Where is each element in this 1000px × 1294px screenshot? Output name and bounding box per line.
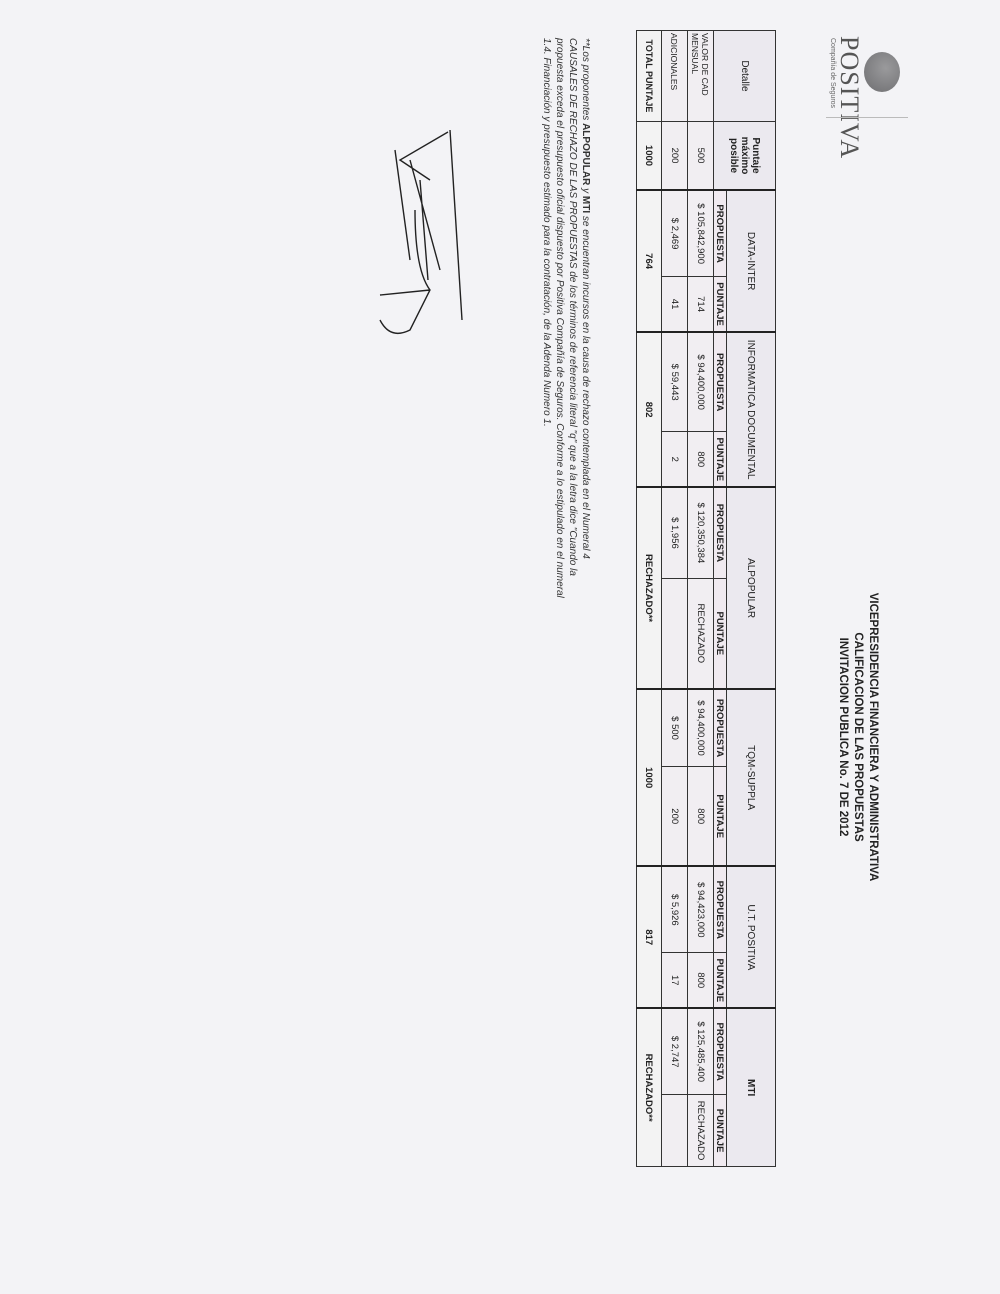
footnote-prefix: **Los proponentes [580,38,591,123]
cell-propuesta: $ 105,842,900 [688,190,714,276]
cell-puntaje [662,1095,688,1167]
subheader-puntaje: PUNTAJE [714,953,727,1008]
header-bidder: DATA-INTER [727,190,776,332]
subheader-propuesta: PROPUESTA [714,689,727,767]
subheader-propuesta: PROPUESTA [714,332,727,432]
total-value: RECHAZADO** [637,1008,662,1166]
cell-puntaje: 17 [662,953,688,1008]
header-detalle: Detalle [714,31,776,122]
row-max: 200 [662,121,688,190]
table-row: ADICIONALES 200 $ 2,469 41 $ 59,443 2 $ … [662,31,688,1167]
cell-puntaje: 2 [662,432,688,487]
cell-propuesta: $ 94,400,000 [688,332,714,432]
total-value: 802 [637,332,662,487]
header-puntaje-maximo: Puntaje máximo posible [714,121,776,190]
cell-propuesta: $ 1,956 [662,487,688,578]
document-title-block: VICEPRESIDENCIA FINANCIERA Y ADMINISTRAT… [835,0,880,1294]
title-line-1: VICEPRESIDENCIA FINANCIERA Y ADMINISTRAT… [865,0,880,1294]
cell-puntaje: RECHAZADO [688,1095,714,1167]
subheader-propuesta: PROPUESTA [714,487,727,578]
header-bidder: ALPOPULAR [727,487,776,689]
subheader-puntaje: PUNTAJE [714,767,727,867]
total-value: RECHAZADO** [637,487,662,689]
subheader-puntaje: PUNTAJE [714,578,727,689]
title-line-2: CALIFICACION DE LAS PROPUESTAS [850,0,865,1294]
footnote-bidder: MTI [580,196,591,213]
footnote: **Los proponentes ALPOPULAR y MTI se enc… [540,38,592,598]
document-page: POSITIVA Compañía de Seguros VICEPRESIDE… [0,0,1000,1294]
cell-propuesta: $ 2,469 [662,190,688,276]
cell-propuesta: $ 59,443 [662,332,688,432]
header-bidder: MTI [727,1008,776,1166]
total-max: 1000 [637,121,662,190]
subheader-puntaje: PUNTAJE [714,277,727,332]
table-row: VALOR DE CAD MENSUAL 500 $ 105,842,900 7… [688,31,714,1167]
cell-puntaje: 800 [688,953,714,1008]
total-value: 764 [637,190,662,332]
cell-puntaje [662,578,688,689]
cell-propuesta: $ 125,485,400 [688,1008,714,1094]
header-bidder: TQM-SUPPLA [727,689,776,866]
subheader-propuesta: PROPUESTA [714,190,727,276]
cell-puntaje: 41 [662,277,688,332]
cell-propuesta: $ 94,423,000 [688,866,714,952]
subheader-propuesta: PROPUESTA [714,1008,727,1094]
cell-puntaje: 800 [688,767,714,867]
row-detalle: ADICIONALES [662,31,688,122]
total-value: 817 [637,866,662,1008]
cell-puntaje: RECHAZADO [688,578,714,689]
total-row: TOTAL PUNTAJE 1000 764 802 RECHAZADO** 1… [637,31,662,1167]
total-label: TOTAL PUNTAJE [637,31,662,122]
cell-propuesta: $ 500 [662,689,688,767]
subheader-propuesta: PROPUESTA [714,866,727,952]
footnote-bidder: ALPOPULAR [580,123,591,185]
footnote-conj: y [580,185,591,196]
cell-puntaje: 800 [688,432,714,487]
signature-image [370,120,470,360]
cell-propuesta: $ 2,747 [662,1008,688,1094]
cell-propuesta: $ 120,350,384 [688,487,714,578]
header-bidder: INFORMATICA DOCUMENTAL [727,332,776,487]
subheader-puntaje: PUNTAJE [714,432,727,487]
row-max: 500 [688,121,714,190]
scoring-table: Detalle Puntaje máximo posible DATA-INTE… [636,30,776,1167]
row-detalle: VALOR DE CAD MENSUAL [688,31,714,122]
total-value: 1000 [637,689,662,866]
cell-propuesta: $ 94,400,000 [688,689,714,767]
title-line-3: INVITACION PUBLICA No. 7 DE 2012 [835,0,850,1294]
cell-puntaje: 714 [688,277,714,332]
subheader-puntaje: PUNTAJE [714,1095,727,1167]
cell-puntaje: 200 [662,767,688,867]
cell-propuesta: $ 5,926 [662,866,688,952]
header-bidder: U.T. POSITIVA [727,866,776,1008]
